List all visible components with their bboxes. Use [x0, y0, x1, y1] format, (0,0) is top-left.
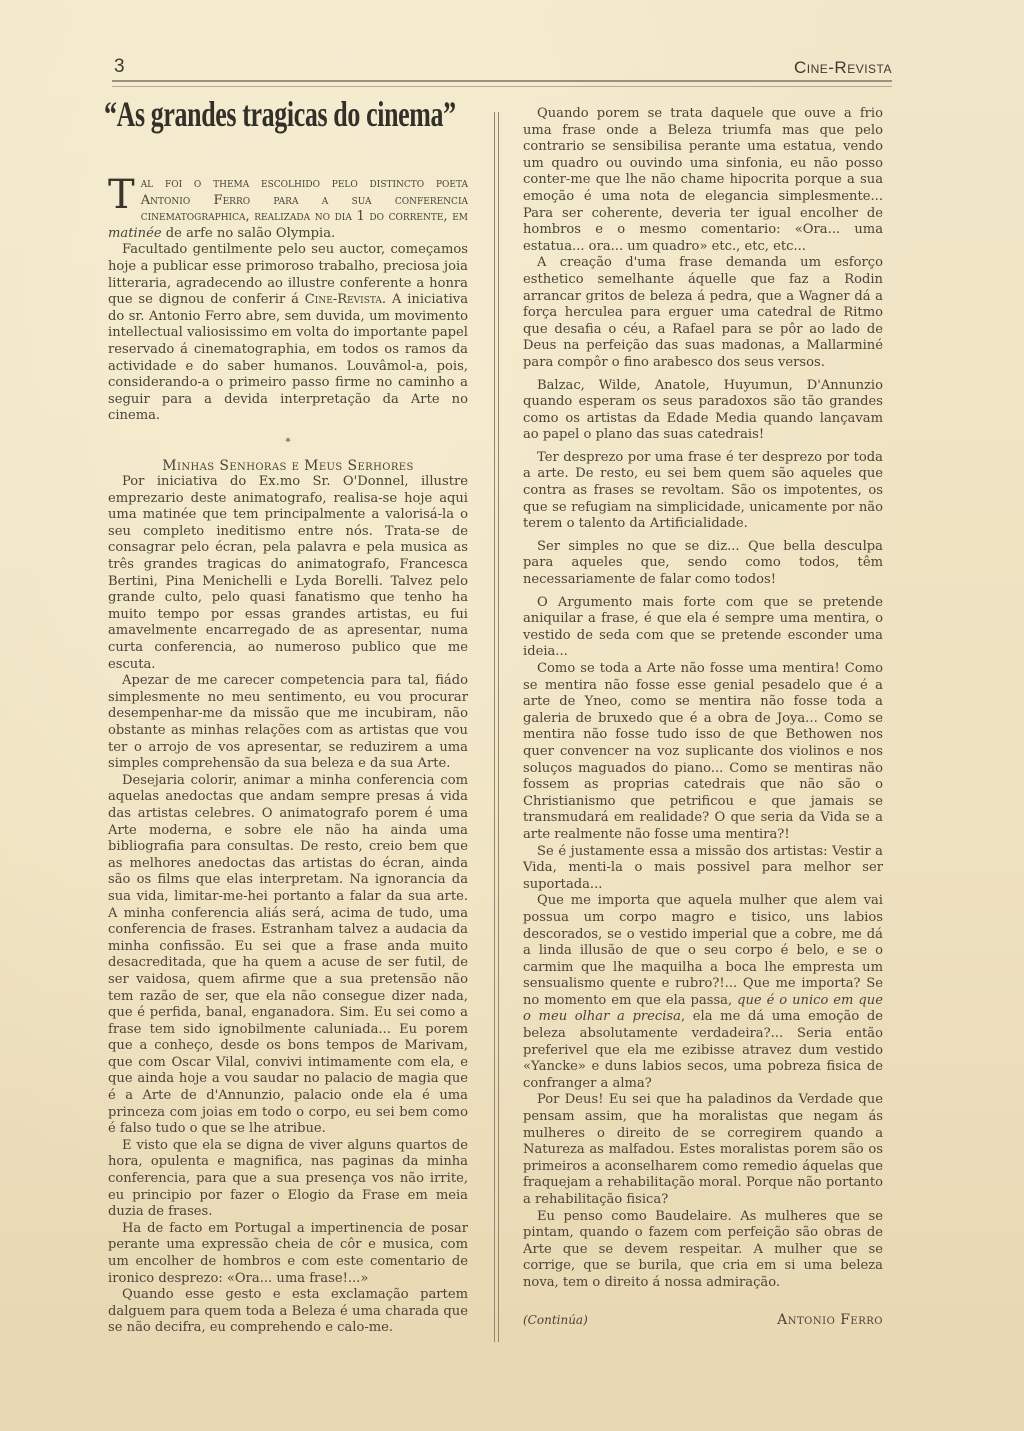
- journal-mention: Cine-Revista: [305, 292, 382, 307]
- paragraph: Por iniciativa do Ex.mo Sr. O'Donnel, il…: [108, 474, 468, 673]
- left-column: “As grandes tragicas do cinema” Tal foi …: [108, 106, 468, 1337]
- signature-line: (Continúa) Antonio Ferro: [523, 1312, 883, 1329]
- paragraph: Desejaria colorir, animar a minha confer…: [108, 773, 468, 1138]
- intro-paragraph-1: Tal foi o thema escolhido pelo distincto…: [108, 176, 468, 242]
- header-rule: [112, 80, 892, 87]
- journal-name: Cine-Revista: [794, 58, 892, 78]
- paragraph: Quando porem se trata daquele que ouve a…: [523, 106, 883, 255]
- article-title: “As grandes tragicas do cinema”: [104, 106, 366, 146]
- paragraph: Balzac, Wilde, Anatole, Huyumun, D'Annun…: [523, 378, 883, 444]
- paragraph: A creação d'uma frase demanda um esforço…: [523, 255, 883, 371]
- paragraph: Se é justamente essa a missão dos artist…: [523, 844, 883, 894]
- right-body: Quando porem se trata daquele que ouve a…: [523, 106, 883, 893]
- separator-asterisk: *: [108, 435, 468, 452]
- left-body: Por iniciativa do Ex.mo Sr. O'Donnel, il…: [108, 474, 468, 1337]
- subheading: Minhas Senhoras e Meus Serhores: [108, 458, 468, 475]
- column-divider: [494, 112, 499, 1342]
- paragraph: Eu penso como Baudelaire. As mulheres qu…: [523, 1209, 883, 1292]
- paragraph: E visto que ela se digna de viver alguns…: [108, 1138, 468, 1221]
- paragraph: O Argumento mais forte com que se preten…: [523, 595, 883, 661]
- page-header: 3 Cine-Revista: [112, 56, 892, 76]
- paragraph: Ha de facto em Portugal a impertinencia …: [108, 1221, 468, 1287]
- intro-paragraph-2: Facultado gentilmente pelo seu auctor, c…: [108, 242, 468, 425]
- continued-note: (Continúa): [523, 1312, 588, 1329]
- paragraph: Quando esse gesto e esta exclamação part…: [108, 1287, 468, 1337]
- paragraph: Ter desprezo por uma frase é ter desprez…: [523, 450, 883, 533]
- paragraph: Apezar de me carecer competencia para ta…: [108, 673, 468, 773]
- right-tail: Por Deus! Eu sei que ha paladinos da Ver…: [523, 1092, 883, 1291]
- drop-cap: T: [108, 178, 135, 212]
- paragraph: Ser simples no que se diz... Que bella d…: [523, 539, 883, 589]
- right-column: Quando porem se trata daquele que ouve a…: [523, 106, 883, 1328]
- page-number: 3: [114, 56, 125, 78]
- paragraph: Como se toda a Arte não fosse uma mentir…: [523, 661, 883, 844]
- paragraph: Que me importa que aquela mulher que ale…: [523, 893, 883, 1092]
- author-name: Antonio Ferro: [777, 1312, 883, 1329]
- paragraph: Por Deus! Eu sei que ha paladinos da Ver…: [523, 1092, 883, 1208]
